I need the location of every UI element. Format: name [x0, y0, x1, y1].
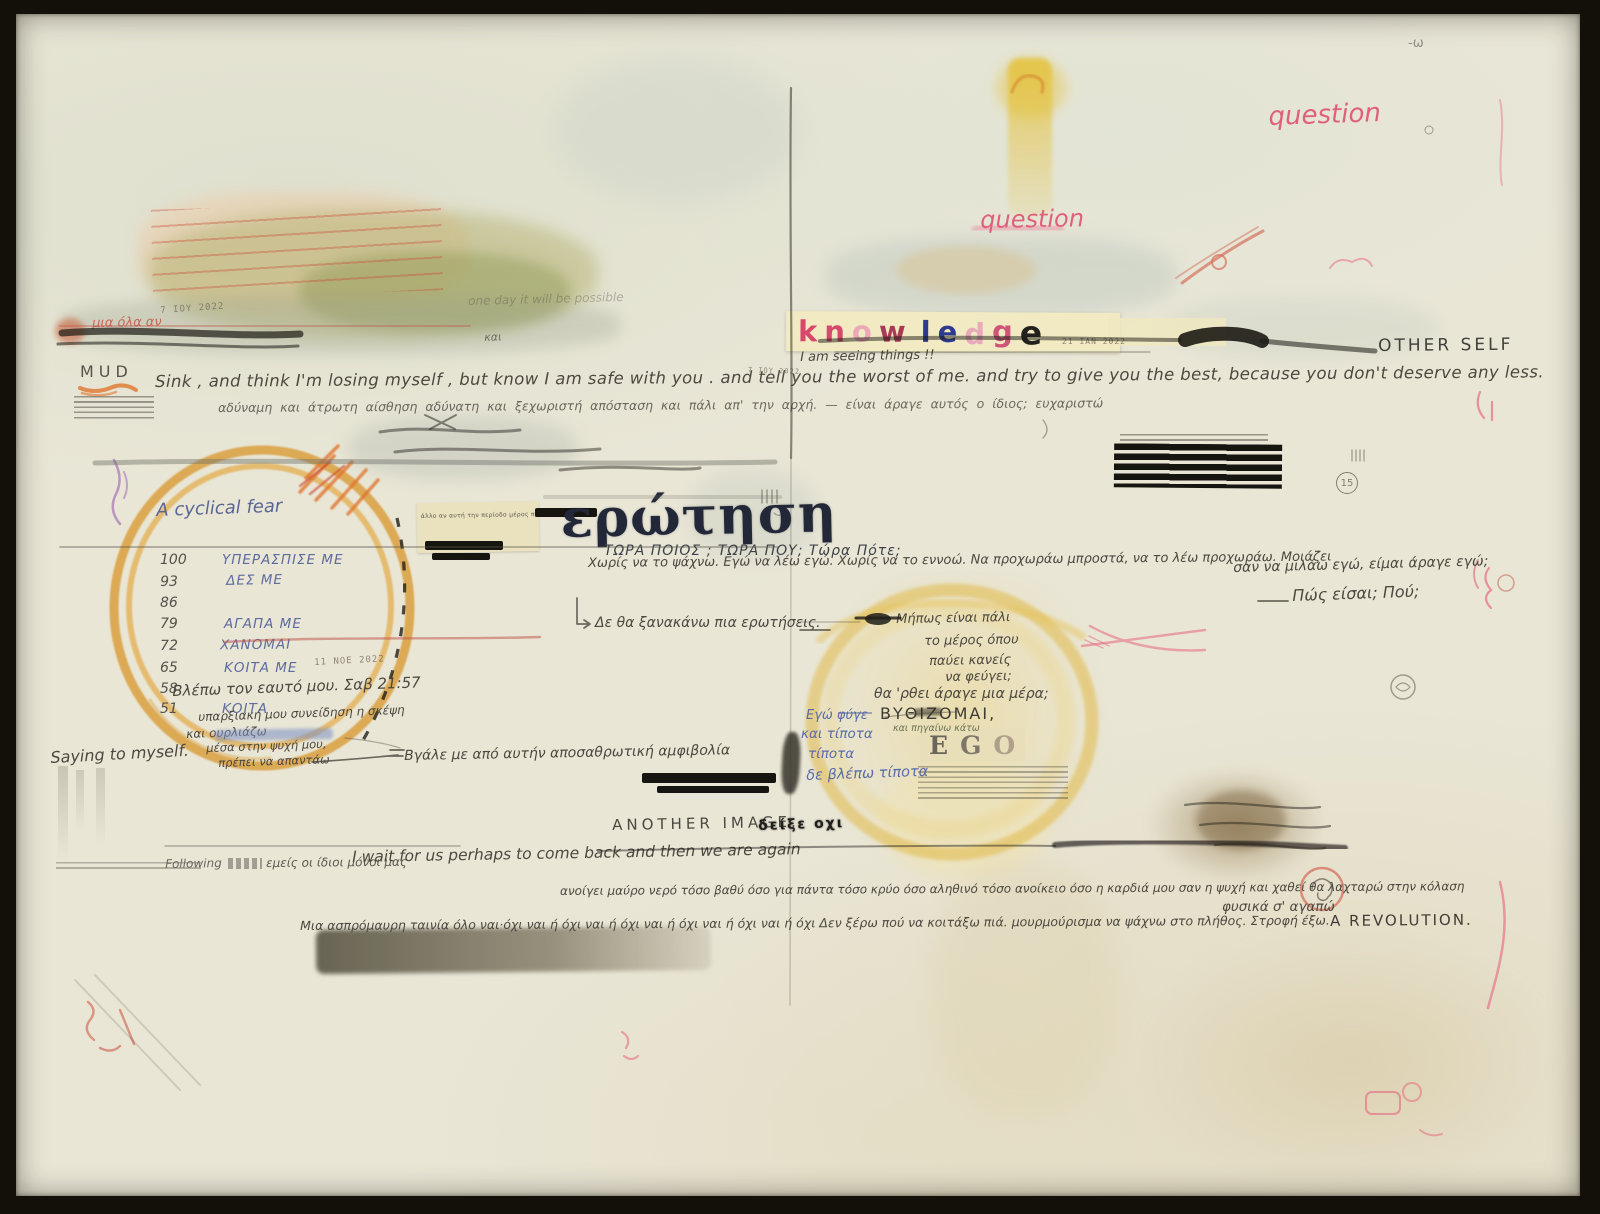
sink-strike-smudge — [915, 708, 941, 717]
ego-letter: G — [960, 731, 993, 760]
handwritten-question-top: question — [1268, 98, 1381, 132]
date-stamp: 21 ΙΑΝ 2022 — [1062, 337, 1126, 346]
illegible-smudge — [228, 858, 262, 869]
red-script-texture — [151, 202, 443, 298]
ego-micro-paragraph — [918, 766, 1068, 802]
frame-edge-left — [0, 0, 16, 1214]
going-down-subline: και πηγαίνω κάτω — [893, 723, 980, 734]
blue-note-line1: Εγώ φύγε — [806, 708, 868, 723]
following-fragment: Following — [165, 856, 222, 871]
row-word: ΔΕΣ ΜΕ — [226, 572, 283, 589]
redaction-bar — [642, 773, 776, 783]
ego-letter: E — [929, 731, 960, 760]
knowledge-paper-strip: k n o w l e d g e — [786, 311, 1120, 353]
row-number: 86 — [160, 595, 216, 611]
ego-letter: O — [993, 731, 1027, 760]
maybe-again-line2: το μέρος όπου — [924, 632, 1019, 649]
frame-edge-bottom — [0, 1196, 1600, 1214]
knowledge-letter: g — [992, 314, 1013, 348]
row-word: ΑΓΑΠΑ ΜΕ — [224, 616, 302, 632]
newsprint-caption: άλλο αν αυτή την περίοδο μέρος πρώτο — [421, 511, 552, 520]
mud-label: MUD — [80, 362, 133, 381]
cyclical-row: 65ΚΟΙΤΑ ΜΕ — [160, 657, 297, 676]
row-word: ΧΑΝΟΜΑΙ — [220, 637, 291, 654]
handwritten-question-mid: question — [980, 204, 1084, 234]
maybe-again-line3: παύει κανείς — [929, 653, 1011, 669]
tan-blob — [896, 246, 1036, 294]
redaction-bar — [432, 553, 490, 560]
blue-note-line2: και τίποτα — [801, 726, 873, 742]
circled-number-badge: 15 — [1336, 472, 1358, 494]
cyclical-row: 86 — [160, 592, 216, 611]
left-drip — [96, 768, 105, 846]
cyclical-row: 100ΥΠΕΡΑΣΠΙΣΕ ΜΕ — [160, 549, 344, 568]
illegible-marker-marks: δείξε οχι — [758, 815, 844, 834]
cyclical-fear-header: A cyclical fear — [156, 496, 283, 521]
kai-scribble: και — [484, 330, 502, 344]
row-number: 72 — [160, 637, 216, 654]
knowledge-letter: e — [938, 315, 958, 349]
a-revolution-label: A REVOLUTION. — [1330, 911, 1473, 930]
knowledge-letter: o — [852, 314, 872, 348]
knowledge-letter: e — [1020, 313, 1043, 352]
row-number: 93 — [160, 573, 216, 590]
knowledge-letter: d — [964, 317, 985, 351]
corner-scribble: -ω — [1408, 36, 1424, 51]
bottom-right-stain — [1140, 930, 1560, 1190]
circled-number: 15 — [1341, 478, 1354, 489]
will-a-day-come-line: θα 'ρθει άραγε μια μέρα; — [874, 686, 1049, 702]
red-edge-blob — [55, 318, 85, 344]
seeing-things-note: I am seeing things !! — [800, 348, 935, 365]
cyclical-row: 72ΧΑΝΟΜΑΙ — [160, 634, 291, 654]
maybe-again-line1: Μήπως είναι πάλι — [896, 610, 1010, 627]
row-word: ΚΟΙΤΑ ΜΕ — [224, 660, 297, 676]
other-self-label: OTHER SELF — [1378, 335, 1513, 356]
redacted-newsprint-block — [1114, 443, 1282, 488]
title-word-erotisi: ερώτηση — [560, 482, 838, 550]
frame-edge-top — [0, 0, 1600, 14]
left-drip — [58, 766, 68, 861]
cyclical-row: 93ΔΕΣ ΜΕ — [160, 569, 283, 590]
row-number: 65 — [160, 660, 216, 676]
row-number: 100 — [160, 552, 216, 568]
grey-cloud-wash — [552, 55, 802, 205]
red-crossed-line: μια όλα αν — [92, 315, 162, 331]
bottom-smear-bar — [316, 926, 711, 974]
knowledge-letter: k — [798, 314, 817, 348]
cyclical-row: 79ΑΓΑΠΑ ΜΕ — [160, 613, 302, 632]
yellow-stain-tail — [930, 860, 1120, 1120]
row-number: 79 — [160, 616, 216, 632]
frame-edge-right — [1580, 0, 1600, 1214]
artwork-photo: k n o w l e d g e άλλο αν αυτή την περίο… — [0, 0, 1600, 1214]
maybe-again-line4: να φεύγει; — [945, 669, 1012, 685]
no-more-questions-line: Δε θα ξανακάνω πια ερωτήσεις. — [595, 615, 821, 631]
left-drip — [76, 770, 84, 832]
row-word: ΥΠΕΡΑΣΠΙΣΕ ΜΕ — [222, 552, 344, 568]
knowledge-letter: n — [824, 314, 845, 348]
mud-micro-lines — [74, 396, 154, 420]
blue-scribble-smudge — [215, 728, 333, 741]
center-smudge — [348, 416, 578, 480]
yellow-drip-head — [996, 58, 1066, 118]
brown-smudge-core — [1196, 790, 1286, 850]
redaction-bar — [425, 541, 503, 550]
knowledge-letter: l — [921, 315, 931, 349]
newsprint-micro-line — [1120, 434, 1268, 442]
knowledge-letter: w — [879, 315, 906, 349]
redaction-bar — [657, 786, 769, 793]
blue-note-line3: τίποτα — [808, 746, 854, 762]
